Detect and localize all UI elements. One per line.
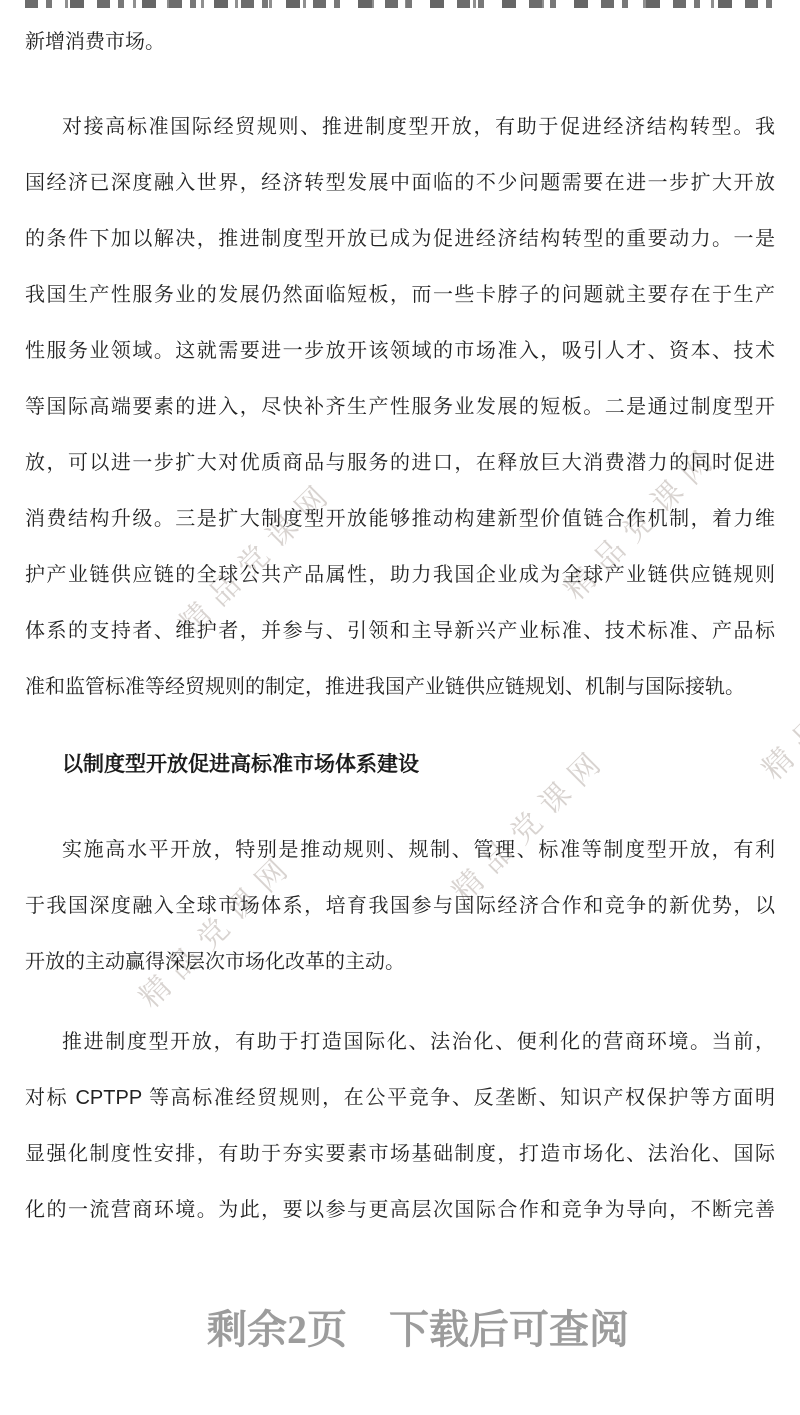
text-line: 放，可以进一步扩大对优质商品与服务的进口，在释放巨大消费潜力的同时促进 [25, 435, 775, 491]
paragraph: 新增消费市场。 [25, 14, 775, 70]
paragraph: 对接高标准国际经贸规则、推进制度型开放，有助于促进经济结构转型。我 国经济已深度… [25, 99, 775, 715]
text-line: 性服务业领域。这就需要进一步放开该领域的市场准入，吸引人才、资本、技术 [25, 323, 775, 379]
text-line: 显强化制度性安排，有助于夯实要素市场基础制度，打造市场化、法治化、国际 [25, 1126, 775, 1182]
text-line: 国经济已深度融入世界，经济转型发展中面临的不少问题需要在进一步扩大开放 [25, 155, 775, 211]
text-line: 实施高水平开放，特别是推动规则、规制、管理、标准等制度型开放，有利 [25, 822, 775, 878]
text-line: 推进制度型开放，有助于打造国际化、法治化、便利化的营商环境。当前， [25, 1014, 775, 1070]
text-line: 开放的主动赢得深层次市场化改革的主动。 [25, 934, 775, 990]
text-line: 护产业链供应链的全球公共产品属性，助力我国企业成为全球产业链供应链规则 [25, 547, 775, 603]
pages-remaining-banner: 剩余2页 下载后可查阅 [43, 1302, 793, 1358]
text-line: 消费结构升级。三是扩大制度型开放能够推动构建新型价值链合作机制，着力维 [25, 491, 775, 547]
text-line: 对标 CPTPP 等高标准经贸规则，在公平竞争、反垄断、知识产权保护等方面明 [25, 1070, 775, 1126]
text-line: 对接高标准国际经贸规则、推进制度型开放，有助于促进经济结构转型。我 [25, 99, 775, 155]
text-line: 的条件下加以解决，推进制度型开放已成为促进经济结构转型的重要动力。一是 [25, 211, 775, 267]
document-preview-page: 精品党课网 精品党课网 精品党课网 精品党课网 精品党课网 新增消费市场。 对接… [0, 0, 800, 1415]
text-line: 体系的支持者、维护者，并参与、引领和主导新兴产业标准、技术标准、产品标 [25, 603, 775, 659]
text-line: 我国生产性服务业的发展仍然面临短板，而一些卡脖子的问题就主要存在于生产 [25, 267, 775, 323]
text-line: 等国际高端要素的进入，尽快补齐生产性服务业发展的短板。二是通过制度型开 [25, 379, 775, 435]
pages-remaining-label: 剩余2页 [207, 1302, 347, 1358]
paragraph: 推进制度型开放，有助于打造国际化、法治化、便利化的营商环境。当前， 对标 CPT… [25, 1014, 775, 1238]
document-body: 新增消费市场。 对接高标准国际经贸规则、推进制度型开放，有助于促进经济结构转型。… [0, 0, 800, 1358]
text-line: 化的一流营商环境。为此，要以参与更高层次国际合作和竞争为导向，不断完善 [25, 1182, 775, 1238]
text-line: 新增消费市场。 [25, 14, 775, 70]
paragraph: 实施高水平开放，特别是推动规则、规制、管理、标准等制度型开放，有利 于我国深度融… [25, 822, 775, 990]
section-heading: 以制度型开放促进高标准市场体系建设 [25, 737, 775, 793]
text-line: 准和监管标准等经贸规则的制定，推进我国产业链供应链规划、机制与国际接轨。 [25, 659, 775, 715]
text-line: 于我国深度融入全球市场体系，培育我国参与国际经济合作和竞争的新优势，以 [25, 878, 775, 934]
clipped-text-line [25, 0, 775, 8]
download-hint-label: 下载后可查阅 [389, 1302, 629, 1358]
